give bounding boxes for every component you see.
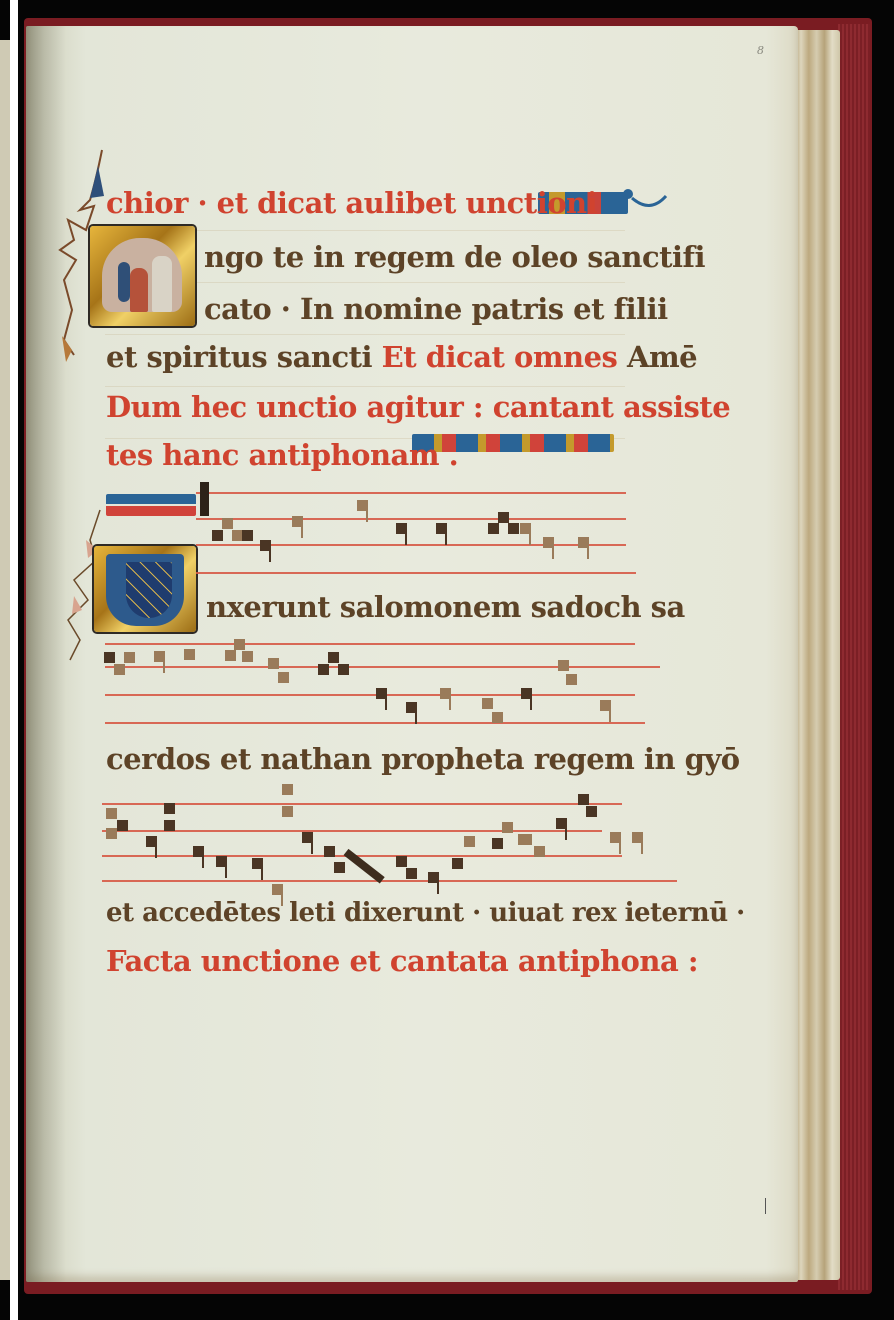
staff-line [196, 492, 626, 494]
staff-line [105, 694, 635, 696]
historiated-initial-u [90, 226, 195, 326]
neume [272, 884, 283, 895]
neume [292, 516, 303, 527]
neume [164, 803, 175, 814]
binding-edge [838, 24, 870, 1290]
neume [324, 846, 335, 857]
neume [124, 652, 135, 663]
armorial-initial-u [94, 546, 196, 632]
neume [578, 794, 589, 805]
neume [278, 672, 289, 683]
neume [114, 664, 125, 675]
neume [222, 518, 233, 529]
lyric-line-1: nxerunt salomonem sadoch sa [206, 590, 685, 624]
neume [154, 651, 165, 662]
initial-inner-field [102, 238, 182, 312]
neume [492, 712, 503, 723]
neume [396, 523, 407, 534]
neume [184, 649, 195, 660]
neume [104, 652, 115, 663]
neume [234, 639, 245, 650]
neume [556, 818, 567, 829]
neume [117, 820, 128, 831]
text-line-4: et spiritus sancti Et dicat omnes Amē [106, 340, 697, 374]
clef-icon [200, 482, 209, 516]
staff-line [102, 830, 602, 832]
neume [282, 806, 293, 817]
neume [520, 523, 531, 534]
neume [146, 836, 157, 847]
facing-page-edge [0, 40, 10, 1280]
image-divider [10, 0, 18, 1320]
fleur-de-lis-shield-icon [126, 562, 172, 618]
neume [106, 828, 117, 839]
staff-line [196, 572, 636, 574]
neume [482, 698, 493, 709]
neume [193, 846, 204, 857]
neume [216, 856, 227, 867]
ruling-line [105, 386, 625, 387]
neume [464, 836, 475, 847]
neume [302, 832, 313, 843]
neume [268, 658, 279, 669]
neume [357, 500, 368, 511]
neume [452, 858, 463, 869]
neume [502, 822, 513, 833]
neume [498, 512, 509, 523]
staff-line [105, 666, 660, 668]
pen-mark [765, 1198, 766, 1214]
scroll-ornament-icon [620, 178, 670, 218]
neume [252, 858, 263, 869]
neume [225, 650, 236, 661]
neume [440, 688, 451, 699]
neume [436, 523, 447, 534]
line-filler-ornament [106, 494, 196, 516]
neume [600, 700, 611, 711]
lyric-line-2: cerdos et nathan propheta regem in gyō [106, 742, 740, 776]
folio-number: 8 [757, 44, 764, 57]
neume [318, 664, 329, 675]
neume [488, 523, 499, 534]
figure-kneeling-king [130, 268, 148, 312]
neume [543, 537, 554, 548]
neume [492, 838, 503, 849]
lyric-line-3: et accedētes leti dixerunt · uiuat rex i… [106, 896, 745, 930]
neume [518, 834, 532, 845]
neume [334, 862, 345, 873]
neume [242, 651, 253, 662]
text-line-6: tes hanc antiphonam . [106, 438, 458, 472]
neume [534, 846, 545, 857]
figure-bishop [152, 256, 172, 312]
ruling-line [105, 334, 625, 335]
staff-line [102, 880, 677, 882]
initial-blue-field [106, 554, 184, 626]
neume [212, 530, 223, 541]
neume [242, 530, 253, 541]
neume [632, 832, 643, 843]
text-line-5: Dum hec unctio agitur : cantant assiste [106, 390, 730, 424]
neume [260, 540, 271, 551]
neume [164, 820, 175, 831]
staff-line [102, 803, 622, 805]
neume [396, 856, 407, 867]
neume [508, 523, 519, 534]
text-line-2: ngo te in regem de oleo sanctifi [204, 240, 705, 274]
neume [578, 537, 589, 548]
text-line-3: cato · In nomine patris et filii [204, 292, 668, 326]
text-line-1: chior · et dicat aulibet unctioni [106, 186, 597, 220]
staff-line [105, 722, 645, 724]
figure-attendant [118, 262, 130, 302]
closing-rubric: Facta unctione et cantata antiphona : [106, 944, 698, 978]
neume [428, 872, 439, 883]
neume [566, 674, 577, 685]
staff-line [105, 643, 635, 645]
neume [558, 660, 569, 671]
staff-line [196, 518, 626, 520]
neume [338, 664, 349, 675]
neume [521, 688, 532, 699]
neume [328, 652, 339, 663]
neume [282, 784, 293, 795]
neume [376, 688, 387, 699]
neume [586, 806, 597, 817]
neume [406, 868, 417, 879]
neume [106, 808, 117, 819]
neume [610, 832, 621, 843]
neume [406, 702, 417, 713]
